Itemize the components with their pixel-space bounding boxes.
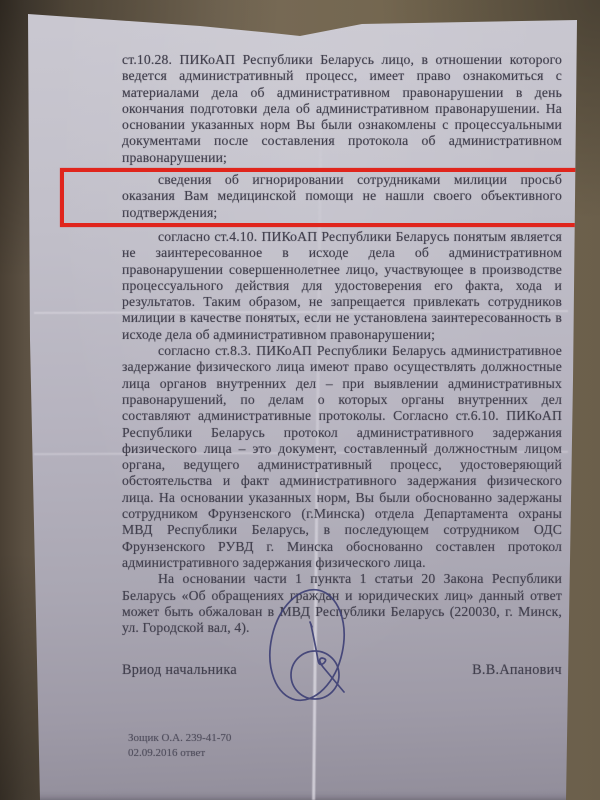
paragraph-art-4-10: согласно ст.4.10. ПИКоАП Республики Бела… [122, 229, 562, 343]
highlighted-paragraph: сведения об игнорировании сотрудниками м… [122, 172, 562, 221]
signer-name: В.В.Апанович [472, 662, 562, 678]
paragraph-art-10-28: ст.10.28. ПИКоАП Республики Беларусь лиц… [122, 52, 562, 166]
document-paper: ст.10.28. ПИКоАП Республики Беларусь лиц… [0, 0, 600, 800]
handwritten-signature [255, 578, 355, 730]
executor-line: Зощик О.А. 239-41-70 [128, 731, 231, 746]
response-date-line: 02.09.2016 ответ [128, 746, 231, 761]
paragraph-art-8-3: согласно ст.8.3. ПИКоАП Республики Белар… [122, 343, 562, 571]
red-highlight-box: сведения об игнорировании сотрудниками м… [60, 168, 592, 227]
photo-background: ст.10.28. ПИКоАП Республики Беларусь лиц… [0, 0, 600, 800]
document-footer: Зощик О.А. 239-41-70 02.09.2016 ответ [128, 731, 231, 761]
signer-position: Вриод начальника [122, 662, 237, 678]
